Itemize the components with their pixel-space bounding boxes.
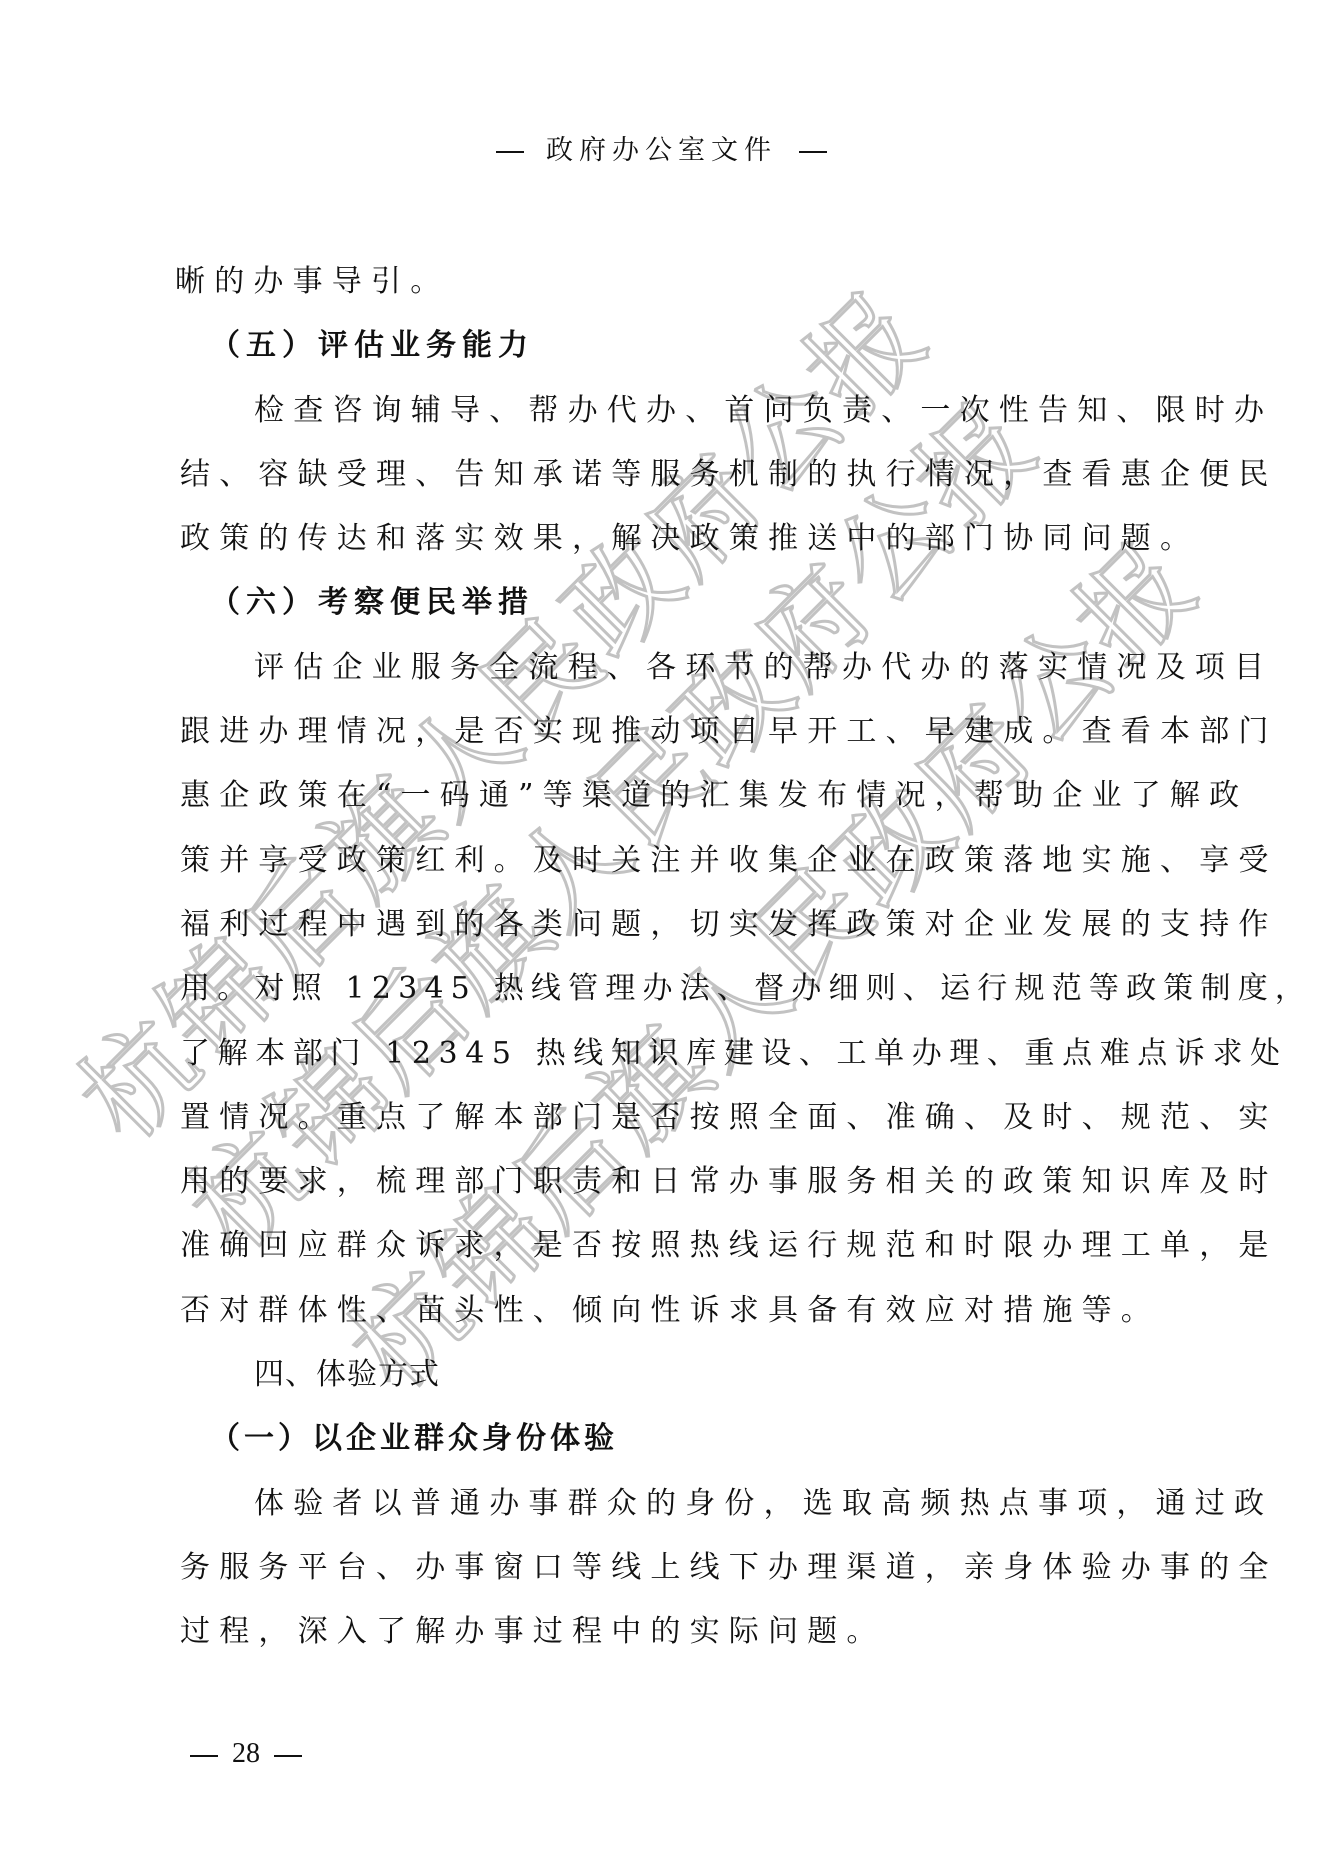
header-title: 政府办公室文件: [546, 135, 777, 166]
paragraph-line: 晰的办事导引。: [175, 250, 1165, 314]
section-heading-6: （六）考察便民举措: [180, 571, 1165, 635]
paragraph-line: 跟进办理情况，是否实现推动项目早开工、早建成。查看本部门: [180, 700, 1165, 764]
section-heading-5: （五）评估业务能力: [180, 314, 1165, 378]
paragraph-line: 福利过程中遇到的各类问题，切实发挥政策对企业发展的支持作: [180, 893, 1165, 957]
paragraph-line: 准确回应群众诉求，是否按照热线运行规范和时限办理工单，是: [180, 1214, 1165, 1278]
running-header: 政府办公室文件: [0, 128, 1323, 167]
paragraph-line: 结、容缺受理、告知承诺等服务机制的执行情况，查看惠企便民: [180, 443, 1165, 507]
section-heading-1: （一）以企业群众身份体验: [180, 1407, 1165, 1471]
paragraph-line: 策并享受政策红利。及时关注并收集企业在政策落地实施、享受: [180, 829, 1165, 893]
chapter-heading-4: 四、体验方式: [180, 1343, 1165, 1407]
header-dash-left: [496, 151, 524, 153]
paragraph-line: 了解本部门 12345 热线知识库建设、工单办理、重点难点诉求处: [180, 1022, 1165, 1086]
paragraph-line: 置情况。重点了解本部门是否按照全面、准确、及时、规范、实: [180, 1086, 1165, 1150]
page-number: 28: [232, 1738, 260, 1769]
document-body: 晰的办事导引。 （五）评估业务能力 检查咨询辅导、帮办代办、首问负责、一次性告知…: [180, 250, 1165, 1665]
paragraph-line: 体验者以普通办事群众的身份，选取高频热点事项，通过政: [180, 1472, 1165, 1536]
paragraph-line: 检查咨询辅导、帮办代办、首问负责、一次性告知、限时办: [180, 379, 1165, 443]
paragraph-line: 否对群体性、苗头性、倾向性诉求具备有效应对措施等。: [180, 1279, 1165, 1343]
paragraph-line: 务服务平台、办事窗口等线上线下办理渠道，亲身体验办事的全: [180, 1536, 1165, 1600]
paragraph-line: 惠企政策在“一码通”等渠道的汇集发布情况，帮助企业了解政: [180, 764, 1165, 828]
footer-dash-right: [274, 1755, 302, 1757]
footer-dash-left: [190, 1755, 218, 1757]
paragraph-line: 评估企业服务全流程、各环节的帮办代办的落实情况及项目: [180, 636, 1165, 700]
document-page: 杭锦后旗人民政府公报 杭锦后旗人民政府公报 杭锦后旗人民政府公报 政府办公室文件…: [0, 0, 1323, 1871]
paragraph-line: 用。对照 12345 热线管理办法、督办细则、运行规范等政策制度，: [180, 957, 1165, 1021]
page-footer: 28: [176, 1738, 316, 1770]
header-dash-right: [799, 151, 827, 153]
paragraph-line: 用的要求，梳理部门职责和日常办事服务相关的政策知识库及时: [180, 1150, 1165, 1214]
paragraph-line: 过程，深入了解办事过程中的实际问题。: [180, 1600, 1165, 1664]
paragraph-line: 政策的传达和落实效果，解决政策推送中的部门协同问题。: [180, 507, 1165, 571]
